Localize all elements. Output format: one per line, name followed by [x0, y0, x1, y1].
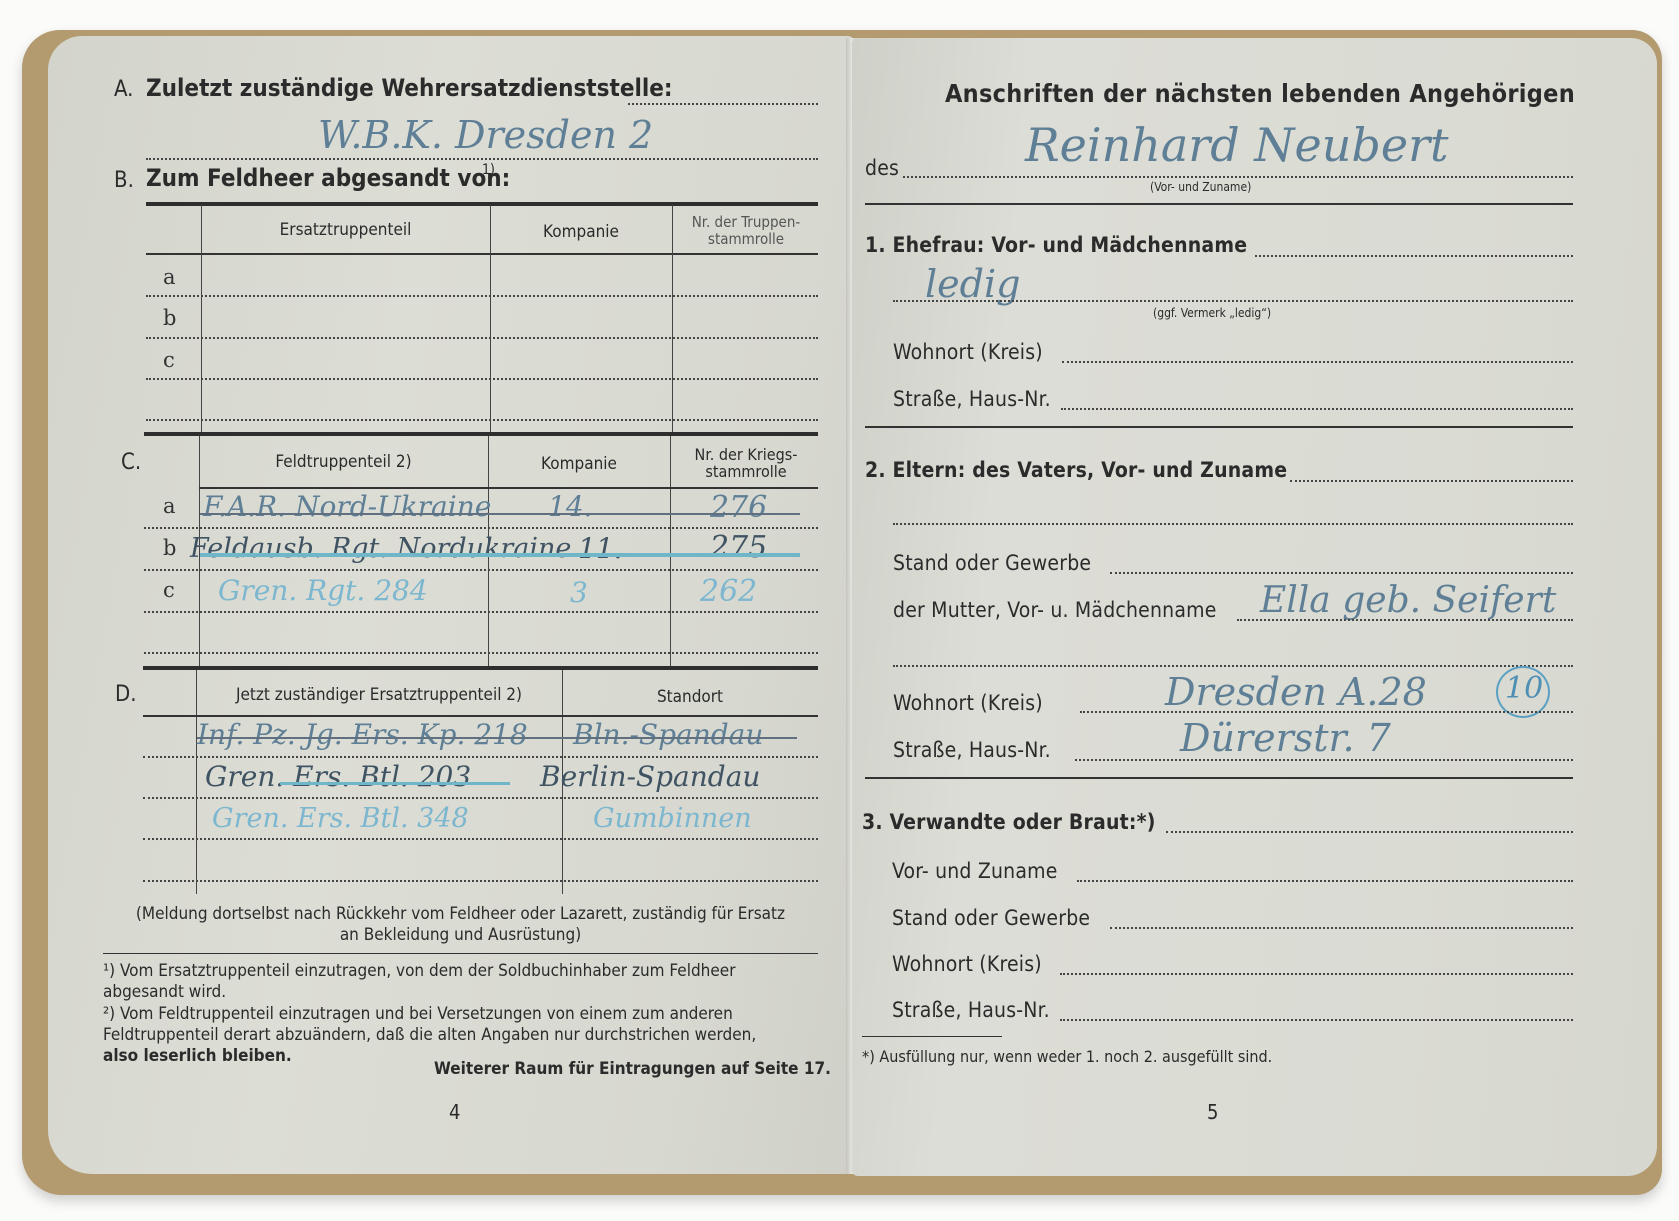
- row-dotline: [143, 797, 818, 799]
- section-c-col-company: Kompanie: [488, 456, 670, 473]
- section-c-c-unit: Gren. Rgt. 284: [218, 574, 428, 607]
- section-c-a-unit: F.A.R. Nord-Ukraine: [203, 490, 491, 523]
- section-c-a-number: 276: [710, 490, 767, 525]
- row-dotline: [144, 652, 818, 654]
- footnote-2-line-2: Feldtruppenteil derart abzuändern, daß d…: [103, 1025, 818, 1046]
- section-b-table-top: [146, 202, 818, 206]
- section-2-residence-label: Wohnort (Kreis): [893, 691, 1043, 715]
- field-dotline: [1237, 619, 1573, 621]
- section-d-row2-location: Berlin-Spandau: [540, 760, 760, 793]
- section-1-street-label: Straße, Haus-Nr.: [893, 387, 1051, 411]
- section-d-row3-unit: Gren. Ers. Btl. 348: [212, 803, 469, 834]
- rule: [865, 777, 1573, 779]
- page-number-right: 5: [1207, 1100, 1218, 1124]
- section-2-occupation-label: Stand oder Gewerbe: [893, 551, 1091, 575]
- field-dotline: [1110, 927, 1573, 929]
- section-c-a-company: 14.: [548, 490, 593, 523]
- section-c-b-company: 11.: [578, 532, 623, 565]
- strike-line: [200, 513, 800, 515]
- section-2-residence-value: Dresden A.28: [1165, 670, 1427, 714]
- footnote-rule: [103, 953, 818, 954]
- strike-line: [280, 782, 510, 785]
- footnote-1-line-1: ¹) Vom Ersatztruppenteil einzutragen, vo…: [103, 961, 818, 982]
- section-d-note: (Meldung dortselbst nach Rückkehr vom Fe…: [103, 904, 818, 946]
- right-footnote: *) Ausfüllung nur, wenn weder 1. noch 2.…: [862, 1047, 1272, 1066]
- page-number-left: 4: [449, 1100, 460, 1124]
- field-dotline: [1060, 1019, 1573, 1021]
- section-d-col-location: Standort: [562, 689, 818, 706]
- note-line-1: (Meldung dortselbst nach Rückkehr vom Fe…: [103, 904, 818, 925]
- section-b-col-unit: Ersatztruppenteil: [201, 222, 490, 239]
- section-c-b-unit: Feldausb. Rgt. Nordukraine: [190, 533, 571, 564]
- section-d-row3-location: Gumbinnen: [593, 803, 752, 834]
- section-a-letter: A.: [114, 77, 133, 102]
- note-line-2: an Bekleidung und Ausrüstung): [103, 925, 818, 946]
- footnote-2: ²) Vom Feldtruppenteil einzutragen und b…: [103, 1004, 818, 1067]
- row-dotline: [146, 419, 818, 421]
- footnote-2-line-1: ²) Vom Feldtruppenteil einzutragen und b…: [103, 1004, 818, 1025]
- section-1-label: 1. Ehefrau: Vor- und Mädchenname: [865, 233, 1247, 257]
- section-c-c-number: 262: [700, 574, 757, 609]
- section-b-header-rule: [146, 253, 818, 255]
- section-b-col-number: Nr. der Truppen-stammrolle: [676, 214, 816, 248]
- col-divider: [670, 436, 671, 668]
- section-a-label: Zuletzt zuständige Wehrersatzdienststell…: [146, 74, 673, 102]
- section-c-col-unit: Feldtruppenteil 2): [199, 454, 488, 471]
- section-d-table-top: [143, 666, 818, 670]
- field-dotline: [1060, 973, 1573, 975]
- section-3-occupation-label: Stand oder Gewerbe: [892, 906, 1090, 930]
- section-c-row-c: c: [163, 578, 175, 602]
- footnote-1-line-2: abgesandt wird.: [103, 982, 818, 1003]
- section-d-row1-location: Bln.-Spandau: [573, 718, 763, 751]
- field-dotline: [1166, 831, 1573, 833]
- des-dotline: [903, 176, 1573, 178]
- section-1-residence-label: Wohnort (Kreis): [893, 340, 1043, 364]
- section-c-c-company: 3: [570, 576, 588, 609]
- section-2-mother-label: der Mutter, Vor- u. Mädchenname: [893, 598, 1217, 622]
- des-label: des: [865, 156, 899, 180]
- section-d-col-unit: Jetzt zuständiger Ersatztruppenteil 2): [196, 687, 562, 704]
- field-dotline: [1075, 759, 1573, 761]
- footnote-rule: [862, 1036, 1002, 1037]
- section-a-value: W.B.K. Dresden 2: [318, 113, 653, 157]
- name-caption: (Vor- und Zuname): [1150, 180, 1251, 194]
- rule: [865, 203, 1573, 205]
- section-d-row1-unit: Inf. Pz. Jg. Ers. Kp. 218: [197, 718, 528, 751]
- right-page-title: Anschriften der nächsten lebenden Angehö…: [870, 79, 1650, 108]
- row-dotline: [146, 295, 818, 297]
- section-2-mother-value: Ella geb. Seifert: [1260, 580, 1556, 621]
- section-c-row-a: a: [163, 494, 176, 518]
- row-dotline: [144, 569, 818, 571]
- soldier-name: Reinhard Neubert: [1025, 118, 1449, 172]
- rule: [865, 426, 1573, 428]
- field-dotline: [1061, 408, 1573, 410]
- circled-mark-value: 10: [1505, 671, 1543, 706]
- section-c-b-number: 275: [710, 530, 767, 565]
- strike-line: [197, 737, 797, 739]
- row-dotline: [143, 880, 818, 882]
- section-b-letter: B.: [114, 168, 134, 193]
- section-b-footnote-ref: 1): [482, 162, 495, 178]
- footnote-1: ¹) Vom Ersatztruppenteil einzutragen, vo…: [103, 961, 818, 1003]
- section-b-row-a: a: [163, 265, 176, 289]
- row-dotline: [144, 527, 818, 529]
- field-dotline: [1255, 255, 1573, 257]
- field-dotline: [1290, 480, 1573, 482]
- section-a-dotline: [628, 103, 818, 105]
- section-c-col-number: Nr. der Kriegs-stammrolle: [676, 446, 816, 480]
- section-1-caption: (ggf. Vermerk „ledig“): [1153, 306, 1271, 320]
- section-2-street-label: Straße, Haus-Nr.: [893, 738, 1051, 762]
- continuation-note: Weiterer Raum für Eintragungen auf Seite…: [434, 1059, 831, 1079]
- field-dotline: [893, 300, 1573, 302]
- section-a-dotline-2: [146, 158, 818, 160]
- section-d-row2-unit: Gren. Ers. Btl. 203: [205, 760, 471, 793]
- row-dotline: [146, 337, 818, 339]
- section-c-row-b: b: [163, 536, 176, 560]
- field-dotline: [1062, 361, 1573, 363]
- field-dotline: [893, 665, 1573, 667]
- section-d-letter: D.: [115, 682, 137, 707]
- section-3-street-label: Straße, Haus-Nr.: [892, 998, 1050, 1022]
- section-c-table-top: [144, 432, 818, 436]
- row-dotline: [146, 378, 818, 380]
- section-3-name-label: Vor- und Zuname: [892, 859, 1058, 883]
- section-3-residence-label: Wohnort (Kreis): [892, 952, 1042, 976]
- col-divider: [672, 205, 673, 435]
- section-b-col-company: Kompanie: [490, 224, 672, 241]
- row-dotline: [143, 756, 818, 758]
- section-b-row-b: b: [163, 306, 176, 330]
- row-dotline: [144, 611, 818, 613]
- section-c-header-rule: [199, 487, 818, 489]
- section-d-header-rule: [143, 715, 818, 717]
- field-dotline: [1077, 880, 1573, 882]
- field-dotline: [1110, 572, 1573, 574]
- section-3-label: 3. Verwandte oder Braut:*): [862, 810, 1156, 834]
- section-2-label: 2. Eltern: des Vaters, Vor- und Zuname: [865, 458, 1287, 482]
- section-2-street-value: Dürerstr. 7: [1180, 716, 1391, 760]
- strike-line: [200, 553, 800, 557]
- field-dotline: [893, 523, 1573, 525]
- row-dotline: [143, 838, 818, 840]
- field-dotline: [1080, 711, 1573, 713]
- section-c-letter: C.: [121, 450, 141, 475]
- section-b-row-c: c: [163, 348, 175, 372]
- col-divider: [201, 205, 202, 435]
- section-b-label: Zum Feldheer abgesandt von:: [146, 164, 510, 192]
